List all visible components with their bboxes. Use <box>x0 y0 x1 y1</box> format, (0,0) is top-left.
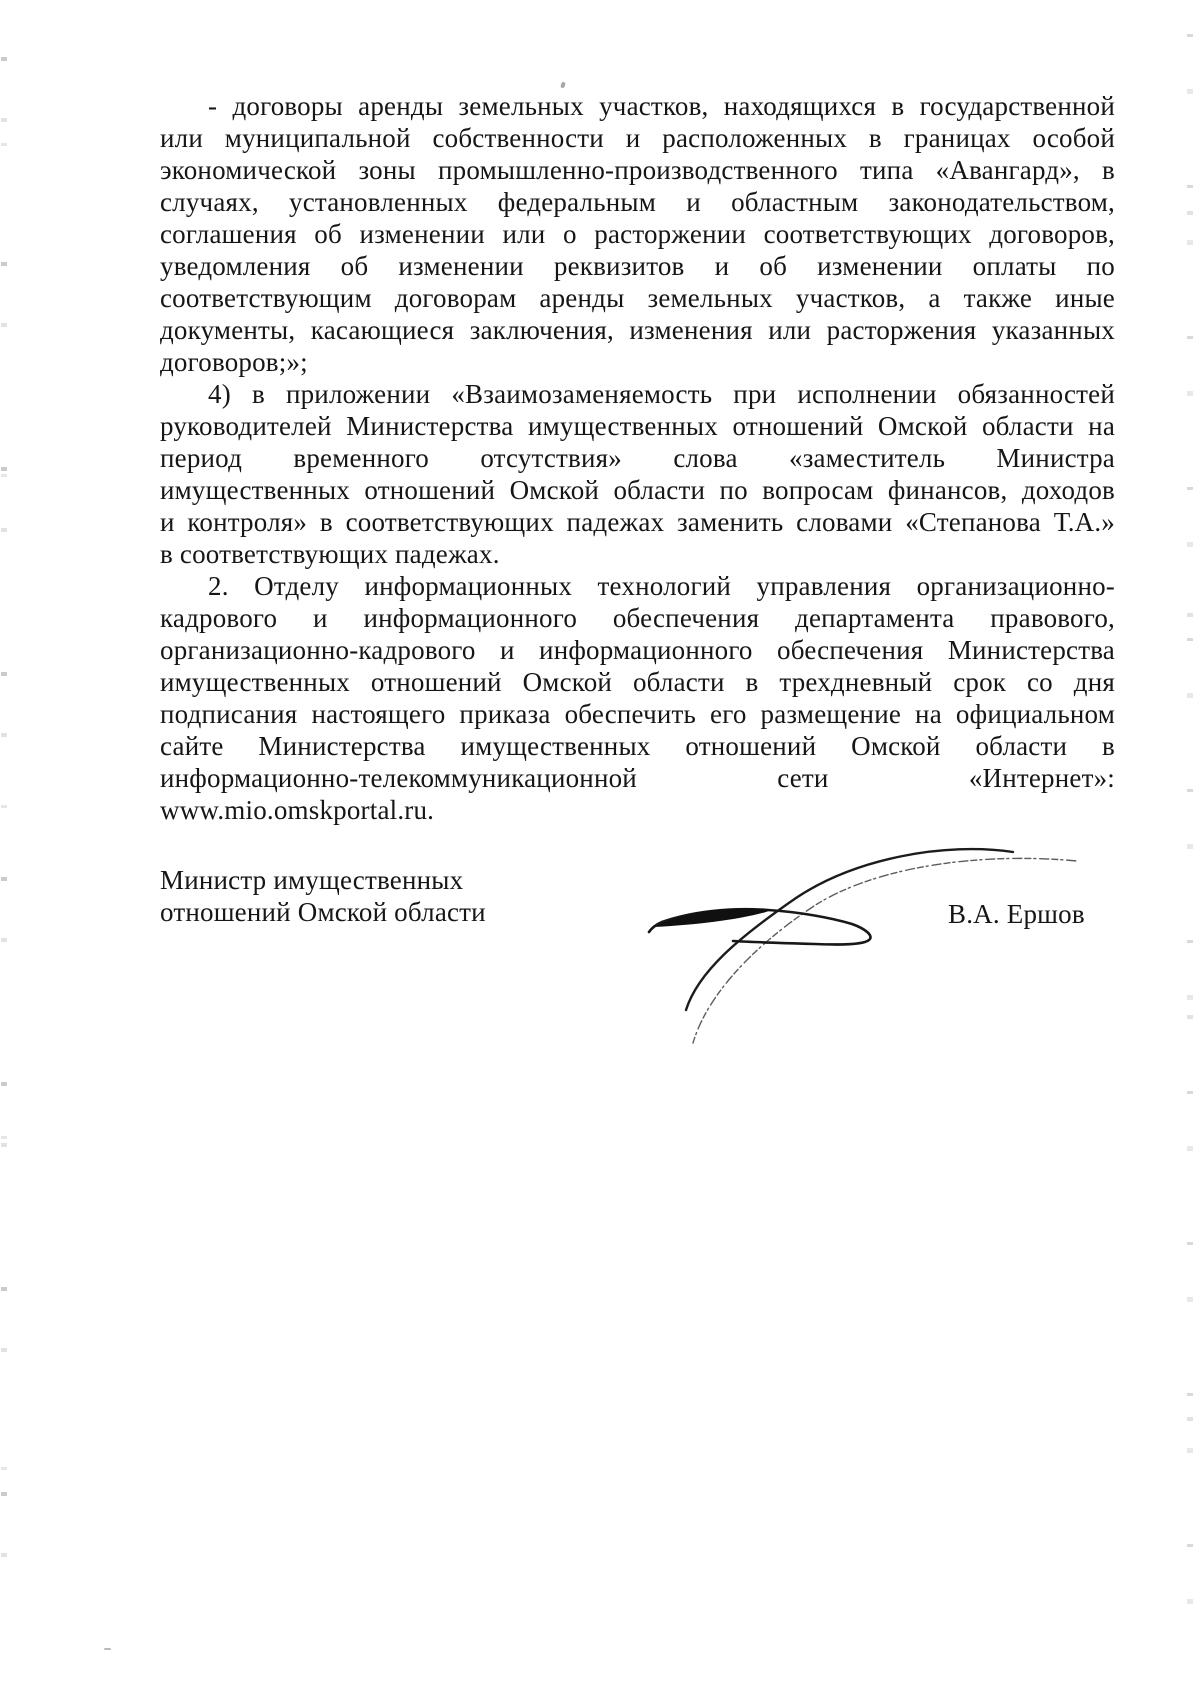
text-line: уведомления об изменении реквизитов и об… <box>160 250 1115 282</box>
text-line: экономической зоны промышленно-производс… <box>160 154 1115 186</box>
text-line: кадрового и информационного обеспечения … <box>160 602 1115 634</box>
scan-speck <box>560 82 566 89</box>
text-line: www.mio.omskportal.ru. <box>160 794 1115 826</box>
text-line: и контроля» в соответствующих падежах за… <box>160 506 1115 538</box>
signer-title-line1: Министр имущественных <box>160 864 486 896</box>
signer-title: Министр имущественных отношений Омской о… <box>160 864 486 928</box>
text-line: сайте Министерства имущественных отношен… <box>160 730 1115 762</box>
text-line: информационно-телекоммуникационной сети … <box>160 762 1115 794</box>
scan-artifact-left-edge <box>1 0 7 1686</box>
text-line: случаях, установленных федеральным и обл… <box>160 186 1115 218</box>
text-line: организационно-кадрового и информационно… <box>160 634 1115 666</box>
text-line: или муниципальной собственности и распол… <box>160 122 1115 154</box>
paragraph-lease-agreements: - договоры аренды земельных участков, на… <box>160 90 1115 378</box>
text-line: имущественных отношений Омской области п… <box>160 474 1115 506</box>
signer-title-line2: отношений Омской области <box>160 896 486 928</box>
paragraph-item-2: 2. Отделу информационных технологий упра… <box>160 570 1115 826</box>
text-line: договоров;»; <box>160 346 1115 378</box>
text-line: период временного отсутствия» слова «зам… <box>160 442 1115 474</box>
text-line: подписания настоящего приказа обеспечить… <box>160 698 1115 730</box>
text-line: документы, касающиеся заключения, измене… <box>160 314 1115 346</box>
signature-ink-blob <box>654 909 772 927</box>
text-line: 4) в приложении «Взаимозаменяемость при … <box>160 378 1115 410</box>
text-line: 2. Отделу информационных технологий упра… <box>160 570 1115 602</box>
scan-artifact-right-edge <box>1187 0 1193 1686</box>
text-line: имущественных отношений Омской области в… <box>160 666 1115 698</box>
signer-name: В.А. Ершов <box>948 898 1085 930</box>
document-body: - договоры аренды земельных участков, на… <box>160 90 1115 826</box>
text-line: руководителей Министерства имущественных… <box>160 410 1115 442</box>
text-line: соответствующим договорам аренды земельн… <box>160 282 1115 314</box>
signature-stroke-loop <box>649 909 870 944</box>
signature-stroke-sweep-faint <box>693 858 1077 1043</box>
text-line: в соответствующих падежах. <box>160 538 1115 570</box>
paragraph-item-4: 4) в приложении «Взаимозаменяемость при … <box>160 378 1115 570</box>
text-line: соглашения об изменении или о расторжени… <box>160 218 1115 250</box>
document-page: - договоры аренды земельных участков, на… <box>0 0 1200 1686</box>
text-line: - договоры аренды земельных участков, на… <box>160 90 1115 122</box>
scan-speck <box>104 1648 111 1650</box>
